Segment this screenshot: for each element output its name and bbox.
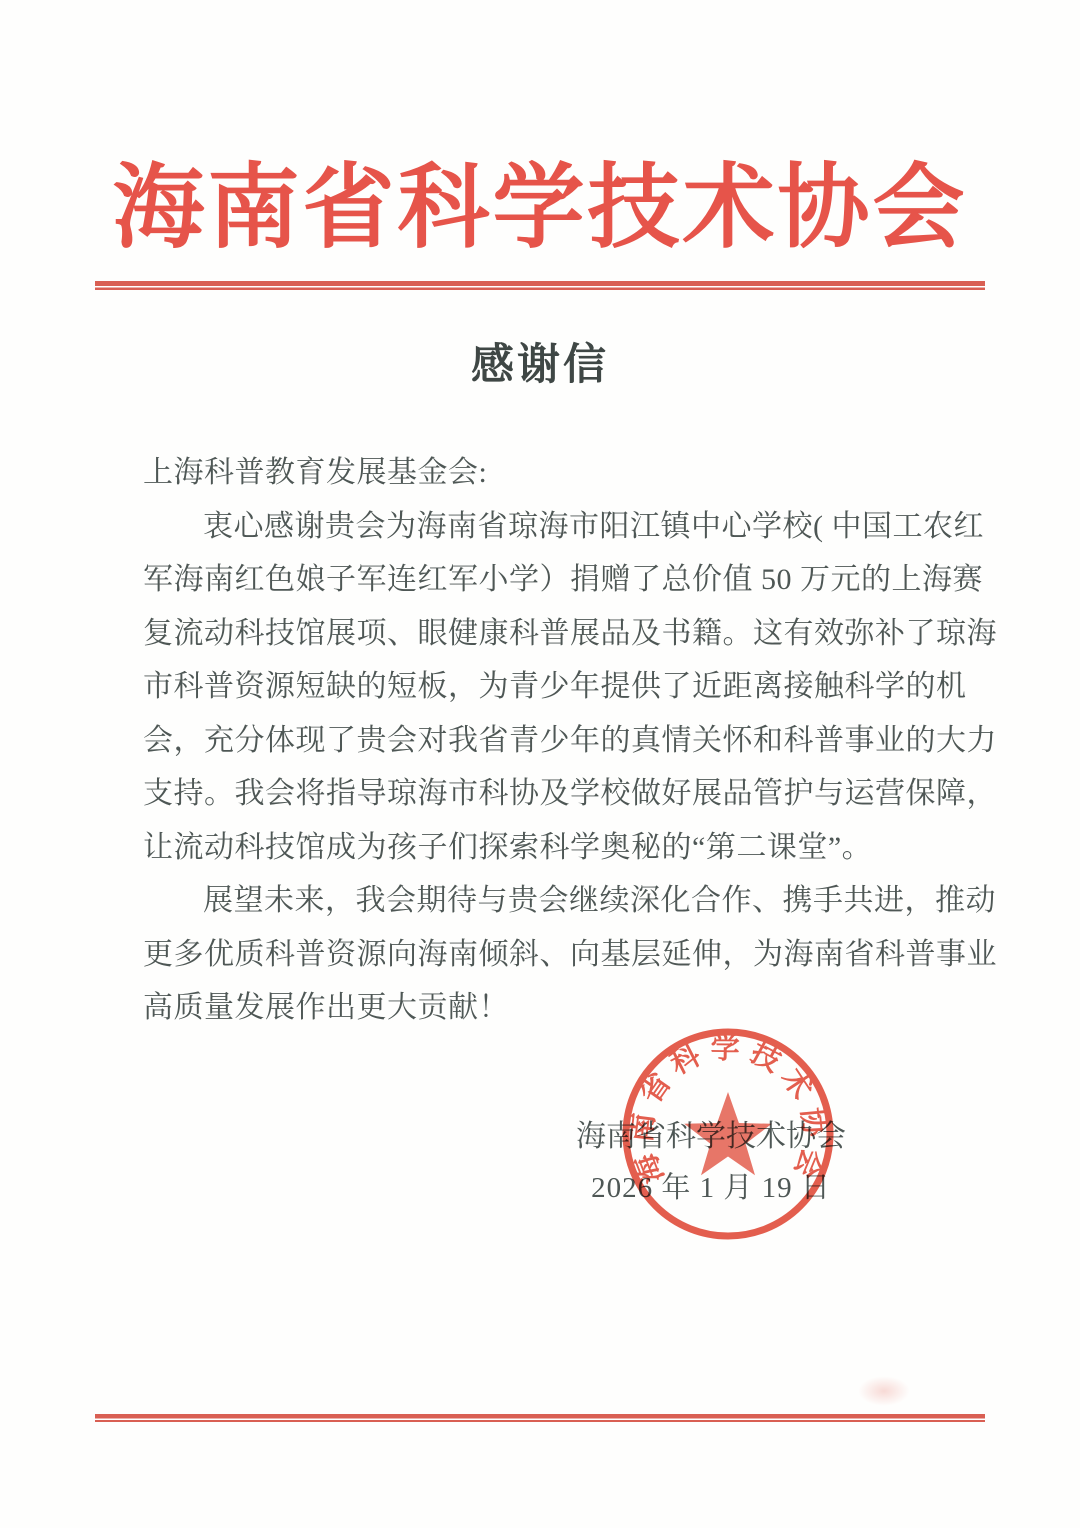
- body-line: 会，充分体现了贵会对我省青少年的真情关怀和科普事业的大力: [143, 714, 953, 768]
- body-line: 支持。我会将指导琼海市科协及学校做好展品管护与运营保障，: [143, 767, 953, 821]
- letter-title: 感谢信: [0, 340, 1080, 392]
- letterhead-org-name: 海南省科学技术协会: [0, 152, 1080, 264]
- body-line: 让流动科技馆成为孩子们探索科学奥秘的“第二课堂”。: [143, 821, 953, 875]
- body-line: 衷心感谢贵会为海南省琼海市阳江镇中心学校( 中国工农红: [143, 500, 953, 554]
- scan-smudge: [858, 1376, 910, 1406]
- letter-date: 2026 年 1 月 19 日: [561, 1170, 861, 1206]
- body-line: 军海南红色娘子军连红军小学）捐赠了总价值 50 万元的上海赛: [143, 553, 953, 607]
- body-line: 市科普资源短缺的短板，为青少年提供了近距离接触科学的机: [143, 660, 953, 714]
- letter-body: 上海科普教育发展基金会: 衷心感谢贵会为海南省琼海市阳江镇中心学校( 中国工农红…: [143, 446, 953, 1035]
- body-line: 高质量发展作出更大贡献！: [143, 981, 953, 1035]
- body-line: 更多优质科普资源向海南倾斜、向基层延伸，为海南省科普事业: [143, 928, 953, 982]
- body-line: 复流动科技馆展项、眼健康科普展品及书籍。这有效弥补了琼海: [143, 607, 953, 661]
- footer-rule: [95, 1414, 985, 1422]
- letterhead-rule: [95, 281, 985, 290]
- letter-page: 海南省科学技术协会 感谢信 上海科普教育发展基金会: 衷心感谢贵会为海南省琼海市…: [0, 0, 1080, 1528]
- salutation: 上海科普教育发展基金会:: [143, 446, 953, 500]
- closing-block: 海南省科学技术协会 2026 年 1 月 19 日: [561, 1118, 861, 1206]
- body-line: 展望未来，我会期待与贵会继续深化合作、携手共进，推动: [143, 874, 953, 928]
- signature-org-name: 海南省科学技术协会: [561, 1118, 861, 1155]
